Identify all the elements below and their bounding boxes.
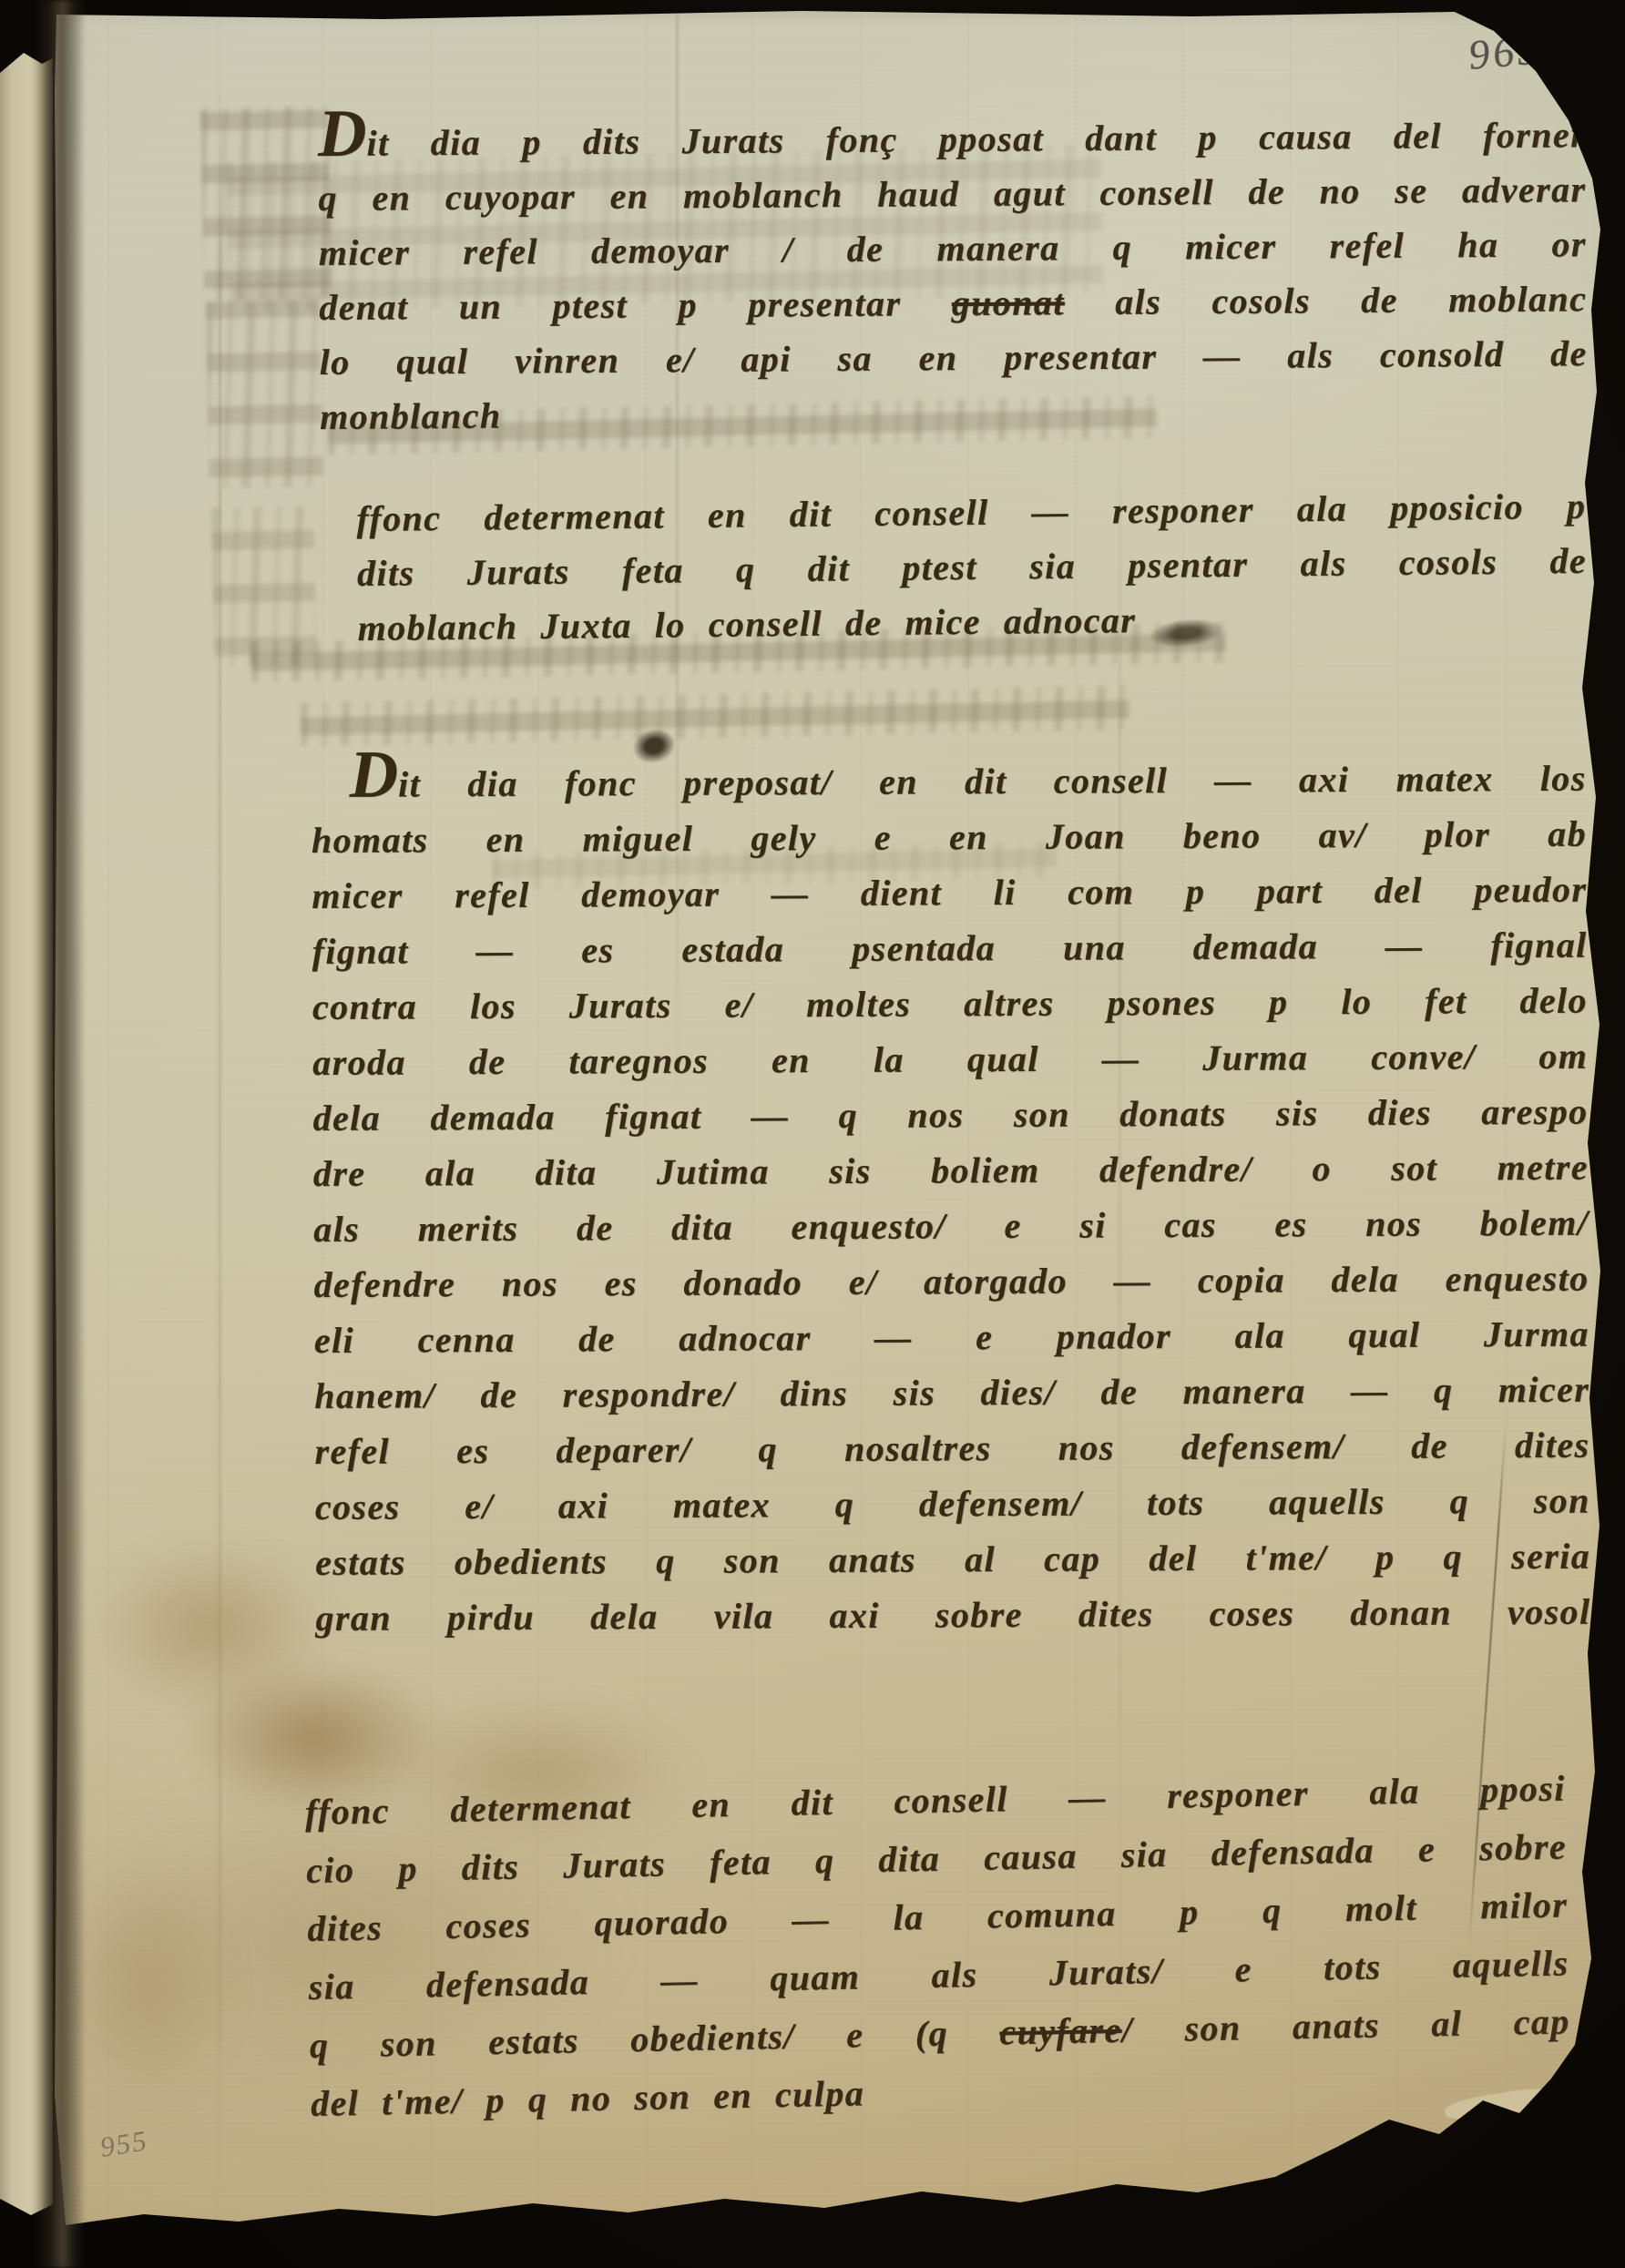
manuscript-line: refel es deparer/ q nosaltres nos defens…: [314, 1417, 1589, 1479]
entry-paragraph-1: Dit dia p dits Jurats fonç pposat dant p…: [318, 100, 1589, 444]
manuscript-line: denat un ptest p presentar guonat als co…: [319, 271, 1587, 335]
line-text: als merits de dita enquesto/ e si cas es…: [313, 1202, 1589, 1250]
line-text: als cosols de moblanc: [1065, 278, 1588, 322]
line-text: refel es deparer/ q nosaltres nos defens…: [314, 1425, 1589, 1472]
manuscript-line: fignat — es estada psentada una demada —…: [312, 917, 1587, 979]
line-text: dre ala dita Jutima sis boliem defendre/…: [313, 1147, 1589, 1194]
manuscript-line: contra los Jurats e/ moltes altres psone…: [312, 973, 1588, 1035]
manuscript-line: Dit dia p dits Jurats fonç pposat dant p…: [318, 100, 1586, 171]
manuscript-line: defendre nos es donado e/ atorgado — cop…: [313, 1251, 1589, 1313]
entry-paragraph-4: ffonc determenat en dit consell — respon…: [304, 1759, 1571, 2132]
manuscript-line: dre ala dita Jutima sis boliem defendre/…: [313, 1139, 1589, 1201]
manuscript-page: 963 Dit dia p dits Jurats fonç pposat da…: [0, 0, 1625, 2268]
folio-page-number: 963: [1467, 20, 1598, 79]
fold-crease: [219, 18, 221, 2195]
struck-word: cuyfare: [999, 2009, 1122, 2053]
manuscript-line: q en cuyopar en moblanch haud agut conse…: [318, 162, 1586, 226]
manuscript-line: monblanch: [320, 381, 1588, 444]
manuscript-line: hanem/ de respondre/ dins sis dies/ de m…: [314, 1362, 1589, 1424]
manuscript-line: gran pirdu dela vila axi sobre dites cos…: [315, 1584, 1590, 1646]
line-text: micer refel demoyar / de manera q micer …: [319, 223, 1587, 273]
manuscript-line: als merits de dita enquesto/ e si cas es…: [313, 1195, 1589, 1257]
line-text: / son anats al cap: [1121, 2000, 1570, 2049]
line-text: fignat — es estada psentada una demada —…: [312, 925, 1587, 972]
water-stain: [60, 1858, 233, 2113]
manuscript-line: moblanch Juxta lo consell de mice adnoca…: [357, 588, 1588, 656]
line-text: dits Jurats feta q dit ptest sia psentar…: [357, 540, 1587, 594]
line-text: hanem/ de respondre/ dins sis dies/ de m…: [314, 1369, 1589, 1416]
bleedthrough-smudge: [211, 506, 317, 667]
manuscript-line: estats obedients q son anats al cap del …: [315, 1528, 1590, 1590]
line-text: q son estats obedients/ e (q: [309, 2011, 999, 2066]
previous-page-edge: [0, 11, 53, 2253]
entry-paragraph-2: ffonc determenat en dit consell — respon…: [356, 479, 1588, 656]
pencil-folio-number: 955: [98, 2124, 150, 2164]
bleedthrough-smudge: [301, 685, 1130, 746]
line-text: Dit dia p dits Jurats fonç pposat dant p…: [318, 114, 1586, 164]
line-text: homats en miguel gely e en Joan beno av/…: [312, 813, 1587, 861]
line-text: Dit dia fonc preposat/ en dit consell — …: [350, 758, 1587, 805]
line-text: dela demada fignat — q nos son donats si…: [312, 1091, 1588, 1139]
line-text: aroda de taregnos en la qual — Jurma con…: [312, 1036, 1588, 1083]
line-text: moblanch Juxta lo consell de mice adnoca…: [357, 599, 1136, 649]
line-text: ffonc determenat en dit consell — respon…: [356, 485, 1586, 539]
line-text: eli cenna de adnocar — e pnador ala qual…: [314, 1313, 1589, 1361]
line-text: defendre nos es donado e/ atorgado — cop…: [313, 1258, 1589, 1305]
manuscript-line: Dit dia fonc preposat/ en dit consell — …: [311, 744, 1586, 812]
manuscript-line: homats en miguel gely e en Joan beno av/…: [312, 806, 1587, 868]
manuscript-line: micer refel demoyar / de manera q micer …: [319, 217, 1587, 281]
line-text: monblanch: [320, 395, 502, 437]
line-text: coses e/ axi matex q defensem/ tots aque…: [315, 1480, 1590, 1527]
line-text: contra los Jurats e/ moltes altres psone…: [312, 980, 1588, 1027]
bleedthrough-smudge: [200, 107, 332, 301]
manuscript-line: lo qual vinren e/ api sa en presentar — …: [319, 326, 1587, 390]
struck-word: guonat: [952, 281, 1065, 323]
manuscript-line: coses e/ axi matex q defensem/ tots aque…: [315, 1473, 1590, 1535]
manuscript-line: dela demada fignat — q nos son donats si…: [312, 1084, 1588, 1146]
line-text: denat un ptest p presentar: [319, 282, 952, 328]
manuscript-scan: 963 Dit dia p dits Jurats fonç pposat da…: [0, 0, 1625, 2268]
line-text: del t'me/ p q no son en culpa: [311, 2072, 865, 2124]
line-text: lo qual vinren e/ api sa en presentar — …: [319, 332, 1587, 383]
manuscript-line: micer refel demoyar — dient li com p par…: [312, 862, 1587, 924]
line-text: q en cuyopar en moblanch haud agut conse…: [318, 169, 1586, 219]
entry-paragraph-3: Dit dia fonc preposat/ en dit consell — …: [311, 744, 1590, 1646]
manuscript-line: eli cenna de adnocar — e pnador ala qual…: [314, 1306, 1589, 1368]
manuscript-line: aroda de taregnos en la qual — Jurma con…: [312, 1028, 1588, 1090]
torn-edge-curl: [1526, 2110, 1611, 2146]
bleedthrough-smudge: [206, 300, 323, 489]
water-stain: [87, 1538, 333, 1715]
line-text: estats obedients q son anats al cap del …: [315, 1536, 1590, 1583]
line-text: micer refel demoyar — dient li com p par…: [312, 869, 1587, 916]
line-text: gran pirdu dela vila axi sobre dites cos…: [315, 1591, 1590, 1639]
